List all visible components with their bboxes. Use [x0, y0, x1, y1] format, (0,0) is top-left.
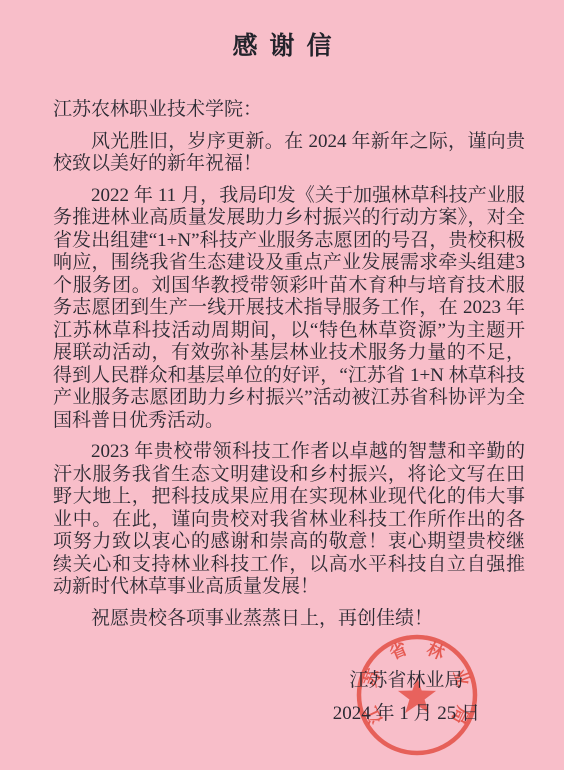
signature-block: 江苏省林业局 2024 年 1 月 25 日: [333, 670, 480, 725]
salutation: 江苏农林职业技术学院：: [53, 99, 525, 122]
letter-page: 感谢信 江苏农林职业技术学院： 风光胜旧，岁序更新。在 2024 年新年之际，谨…: [0, 0, 564, 770]
signature-date: 2024 年 1 月 25 日: [333, 703, 480, 726]
signature-organization: 江苏省林业局: [333, 670, 480, 693]
paragraph-service-team: 2022 年 11 月，我局印发《关于加强林草科技产业服务推进林业高质量发展助力…: [53, 185, 525, 433]
letter-title: 感谢信: [0, 26, 564, 62]
paragraph-greeting: 风光胜旧，岁序更新。在 2024 年新年之际，谨向贵校致以美好的新年祝福！: [53, 131, 525, 176]
paragraph-wishes: 祝愿贵校各项事业蒸蒸日上，再创佳绩！: [53, 608, 525, 631]
paragraph-gratitude: 2023 年贵校带领科技工作者以卓越的智慧和辛勤的汗水服务我省生态文明建设和乡村…: [53, 441, 525, 599]
letter-body: 江苏农林职业技术学院： 风光胜旧，岁序更新。在 2024 年新年之际，谨向贵校致…: [53, 99, 525, 630]
